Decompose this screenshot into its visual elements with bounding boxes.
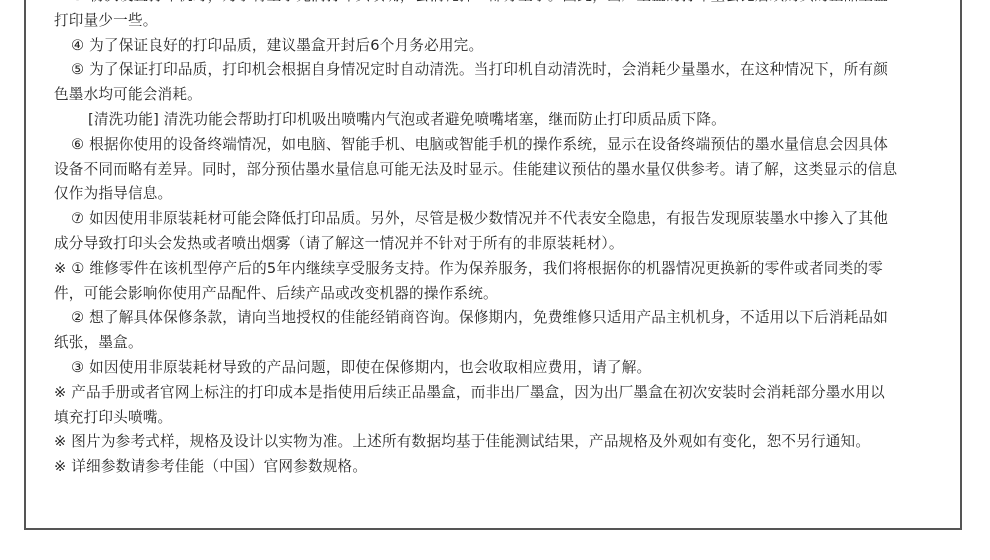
warranty-note-line: ② 想了解具体保修条款，请向当地授权的佳能经销商咨询。保修期内，免费维修只适用产… xyxy=(54,306,984,331)
cleaning-function-note: [清洗功能] 清洗功能会帮助打印机吸出喷嘴内气泡或者避免喷嘴堵塞，继而防止打印质… xyxy=(54,108,984,133)
image-reference-note: ※ 图片为参考式样，规格及设计以实物为准。上述所有数据均基于佳能测试结果，产品规… xyxy=(54,430,984,455)
notice-body: ③ 初次设置打印机时，为了将墨水充满打印头喷嘴，会消耗掉一部分墨水。因此，出厂墨… xyxy=(54,0,984,480)
spec-reference-note: ※ 详细参数请参考佳能（中国）官网参数规格。 xyxy=(54,455,984,480)
note-line: ⑥ 根据你使用的设备终端情况，如电脑、智能手机、电脑或智能手机的操作系统，显示在… xyxy=(54,133,984,158)
note-line: 成分导致打印头会发热或者喷出烟雾（请了解这一情况并不针对于所有的非原装耗材）。 xyxy=(54,232,984,257)
print-cost-note: 填充打印头喷嘴。 xyxy=(54,406,984,431)
warranty-note-line: ③ 如因使用非原装耗材导致的产品问题，即使在保修期内，也会收取相应费用，请了解。 xyxy=(54,356,984,381)
warranty-note-line: 件，可能会影响你使用产品配件、后续产品或改变机器的操作系统。 xyxy=(54,282,984,307)
note-line: 打印量少一些。 xyxy=(54,9,984,34)
note-line: 仅作为指导信息。 xyxy=(54,182,984,207)
print-cost-note: ※ 产品手册或者官网上标注的打印成本是指使用后续正品墨盒，而非出厂墨盒，因为出厂… xyxy=(54,381,984,406)
warranty-note-line: ※ ① 维修零件在该机型停产后的5年内继续享受服务支持。作为保养服务，我们将根据… xyxy=(54,257,984,282)
warranty-note-line: 纸张，墨盒。 xyxy=(54,331,984,356)
note-line: ⑦ 如因使用非原装耗材可能会降低打印品质。另外，尽管是极少数情况并不代表安全隐患… xyxy=(54,207,984,232)
note-line: ④ 为了保证良好的打印品质，建议墨盒开封后6个月务必用完。 xyxy=(54,34,984,59)
note-line: 设备不同而略有差异。同时，部分预估墨水量信息可能无法及时显示。佳能建议预估的墨水… xyxy=(54,158,984,183)
note-line: ③ 初次设置打印机时，为了将墨水充满打印头喷嘴，会消耗掉一部分墨水。因此，出厂墨… xyxy=(54,0,984,9)
notice-box: ③ 初次设置打印机时，为了将墨水充满打印头喷嘴，会消耗掉一部分墨水。因此，出厂墨… xyxy=(24,0,962,530)
note-line: 色墨水均可能会消耗。 xyxy=(54,83,984,108)
note-line: ⑤ 为了保证打印品质，打印机会根据自身情况定时自动清洗。当打印机自动清洗时，会消… xyxy=(54,58,984,83)
